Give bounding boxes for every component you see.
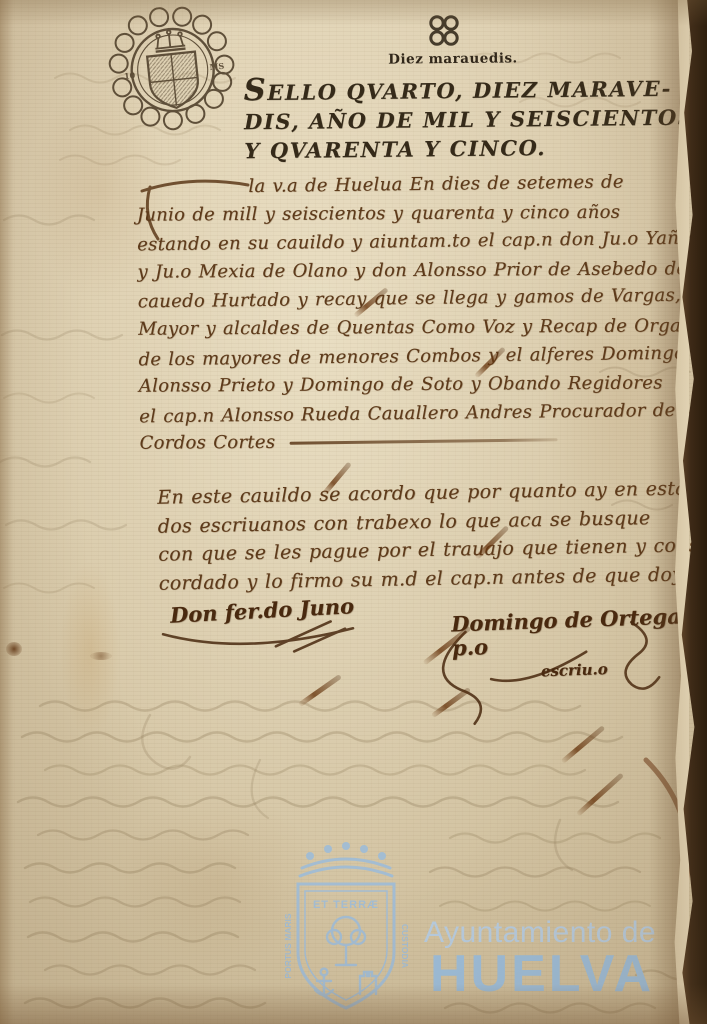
manuscript-line: Cordos Cortes (139, 427, 695, 459)
heading-line: DIS, AÑO DE MIL Y SEISCIENTOS (244, 103, 680, 137)
seal-value-right: MS (209, 61, 225, 72)
printer-ornament-icon (424, 12, 464, 50)
signature-left: Don fer.do Juno (169, 594, 354, 628)
huelva-motto-left: PORTUS MARIS (284, 913, 293, 979)
seal-shield (147, 52, 200, 111)
huelva-motto-right: CUSTODIA (400, 924, 409, 968)
seal-value-left: 10 (124, 70, 137, 81)
signature-left-flourish (154, 607, 377, 678)
manuscript-paragraph-2: En este cauildo se acordo que por quanto… (157, 474, 699, 597)
manuscript-line: Mayor y alcaldes de Quentas Como Voz y R… (138, 312, 694, 344)
signature-right-flourish (435, 619, 669, 737)
heading-line: Y QVARENTA Y CINCO. (244, 132, 680, 166)
huelva-anchor-icon (315, 969, 333, 996)
signature-right: Domingo de Ortega p.o escriu.o (451, 604, 707, 687)
royal-seal-stamp: 10 MS (99, 0, 246, 147)
huelva-motto-top: ET TERRÆ (313, 899, 379, 911)
huelva-tree (327, 917, 365, 965)
huelva-crown (300, 842, 392, 876)
paper-stain (60, 560, 120, 740)
manuscript-line: y Ju.o Mexia de Olano y don Alonsso Prio… (137, 255, 693, 287)
huelva-shield-logo: ET TERRÆ PORTUS MARIS CUSTODIA (284, 834, 409, 1024)
watermark-city-name: HUELVA (430, 947, 654, 1001)
manuscript-document-page: 10 MS Diez marauedis. SELLO QVARTO, DIEZ… (0, 0, 707, 1024)
manuscript-line-text: Cordos Cortes (140, 432, 276, 454)
manuscript-line: Junio de mill y seiscientos y quarenta y… (137, 198, 693, 230)
ink-blot (90, 652, 112, 660)
manuscript-paragraph-1: la v.a de Huelua En dies de setemes de J… (136, 168, 695, 461)
ink-blot (6, 642, 22, 656)
printed-tax-line: Diez marauedis. (378, 50, 528, 67)
printed-heading: SELLO QVARTO, DIEZ MARAVE- DIS, AÑO DE M… (244, 72, 681, 166)
heading-line: SELLO QVARTO, DIEZ MARAVE- (244, 72, 680, 108)
manuscript-line: Alonsso Prieto y Domingo de Soto y Oband… (139, 369, 695, 401)
ink-smudge (298, 674, 342, 707)
manuscript-line: la v.a de Huelua En dies de setemes de (136, 168, 692, 203)
closing-rule (289, 439, 557, 446)
